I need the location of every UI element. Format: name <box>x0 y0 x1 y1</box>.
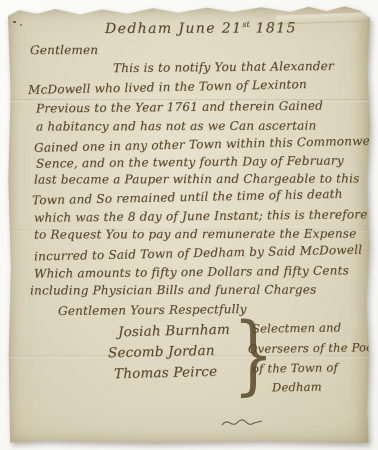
body-line: This is to notify You that Alexander <box>113 59 334 75</box>
pencil-scribble-mark <box>220 417 264 429</box>
paper-shadow-wrap: Dedham June 21st 1815 Gentlemen This is … <box>0 0 378 450</box>
body-line: incurred to Said Town of Dedham by Said … <box>34 243 362 264</box>
annotation-line: Overseers of the Poor <box>248 340 378 356</box>
body-line: Town and So remained until the time of h… <box>32 187 343 208</box>
body-line: which was the 8 day of June Instant; thi… <box>34 207 368 224</box>
body-line: Previous to the Year 1761 and therein Ga… <box>36 98 323 115</box>
closing-line: Gentlemen Yours Respectfully <box>58 302 247 318</box>
scanned-letter-page: Dedham June 21st 1815 Gentlemen This is … <box>0 0 378 450</box>
body-line: Which amounts to fifty one Dollars and f… <box>34 263 349 280</box>
body-line: to Request You to pay and remunerate the… <box>34 226 356 241</box>
annotation-line: Selectmen and <box>252 320 341 335</box>
aged-paper-sheet: Dedham June 21st 1815 Gentlemen This is … <box>8 5 370 443</box>
annotation-line: Dedham <box>272 380 322 395</box>
dateline-ordinal: st <box>242 20 249 29</box>
body-line: Sence, and on the twenty fourth Day of F… <box>36 153 344 170</box>
signature-thomas-peirce: Thomas Peirce <box>114 364 218 383</box>
signature-secomb-jordan: Secomb Jordan <box>108 343 215 362</box>
annotation-line: of the Town of <box>252 360 338 375</box>
body-line: Gained one in any other Town within this… <box>34 133 378 155</box>
body-line: last became a Pauper within and Chargeab… <box>34 171 360 186</box>
body-line: a habitancy and has not as we Can ascert… <box>36 119 316 134</box>
body-line: McDowell who lived in the Town of Lexint… <box>28 77 307 97</box>
signature-josiah-burnham: Josiah Burnham <box>118 322 230 341</box>
dateline: Dedham June 21st 1815 <box>105 20 297 37</box>
dateline-year: 1815 <box>256 20 297 36</box>
dateline-place-date: Dedham June 21 <box>105 21 242 37</box>
body-line: including Physician Bills and funeral Ch… <box>30 283 316 298</box>
salutation: Gentlemen <box>30 43 98 57</box>
letter-text-layer: Dedham June 21st 1815 Gentlemen This is … <box>8 5 370 443</box>
